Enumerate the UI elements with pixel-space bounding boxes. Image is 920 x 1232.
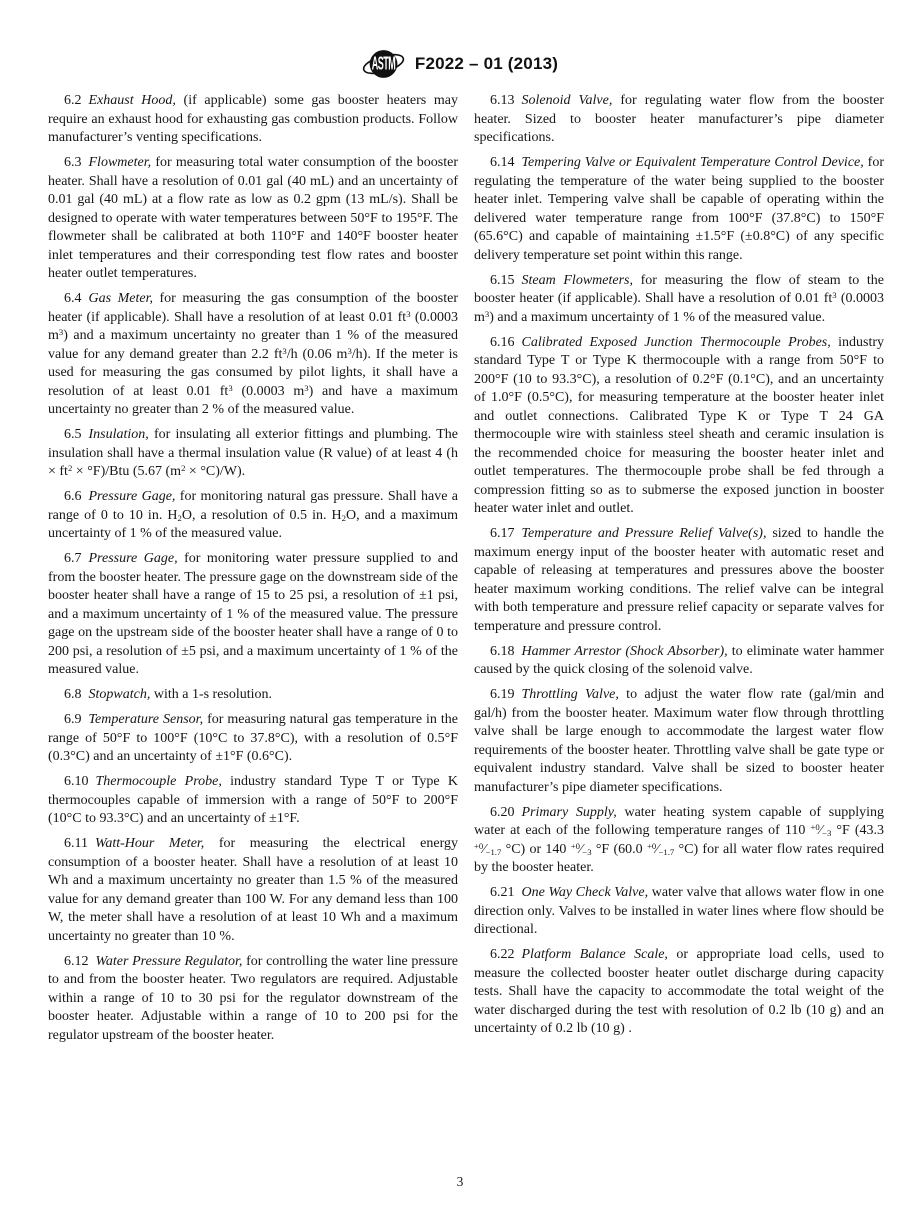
section-paragraph: 6.6 Pressure Gage, for monitoring natura… xyxy=(48,488,458,544)
section-number: 6.10 xyxy=(64,774,96,789)
section-paragraph: 6.12 Water Pressure Regulator, for contr… xyxy=(48,953,458,1046)
section-title: Stopwatch, xyxy=(89,687,151,702)
section-text: with a 1-s resolution. xyxy=(150,687,272,702)
section-number: 6.3 xyxy=(64,155,89,170)
page-header: ASTM F2022 – 01 (2013) xyxy=(0,44,920,84)
left-column: 6.2 Exhaust Hood, (if applicable) some g… xyxy=(48,92,458,1045)
section-number: 6.4 xyxy=(64,291,89,306)
document-body: 6.2 Exhaust Hood, (if applicable) some g… xyxy=(48,92,884,1045)
section-number: 6.7 xyxy=(64,551,89,566)
standard-designation: F2022 – 01 (2013) xyxy=(415,54,558,74)
page-footer: 3 xyxy=(0,1174,920,1190)
section-paragraph: 6.18 Hammer Arrestor (Shock Absorber), t… xyxy=(474,643,884,680)
section-number: 6.13 xyxy=(490,93,522,108)
section-title: Tempering Valve or Equivalent Temperatur… xyxy=(522,155,864,170)
section-paragraph: 6.10 Thermocouple Probe, industry standa… xyxy=(48,773,458,829)
section-paragraph: 6.3 Flowmeter, for measuring total water… xyxy=(48,154,458,284)
section-title: Pressure Gage, xyxy=(89,551,178,566)
section-title: Steam Flowmeters, xyxy=(522,273,633,288)
section-number: 6.8 xyxy=(64,687,89,702)
section-number: 6.21 xyxy=(490,885,522,900)
section-paragraph: 6.4 Gas Meter, for measuring the gas con… xyxy=(48,290,458,420)
section-title: Throttling Valve, xyxy=(522,687,619,702)
section-paragraph: 6.13 Solenoid Valve, for regulating wate… xyxy=(474,92,884,148)
section-paragraph: 6.20 Primary Supply, water heating syste… xyxy=(474,804,884,878)
section-paragraph: 6.19 Throttling Valve, to adjust the wat… xyxy=(474,686,884,797)
section-number: 6.18 xyxy=(490,644,522,659)
section-text: for regulating the temperature of the wa… xyxy=(474,155,884,263)
section-number: 6.6 xyxy=(64,489,89,504)
section-paragraph: 6.11 Watt-Hour Meter, for measuring the … xyxy=(48,835,458,946)
section-text: to adjust the water flow rate (gal/min a… xyxy=(474,687,884,795)
section-title: Solenoid Valve, xyxy=(522,93,613,108)
section-title: Gas Meter, xyxy=(89,291,153,306)
section-title: Water Pressure Regulator, xyxy=(96,954,243,969)
section-paragraph: 6.21 One Way Check Valve, water valve th… xyxy=(474,884,884,940)
section-paragraph: 6.2 Exhaust Hood, (if applicable) some g… xyxy=(48,92,458,148)
section-number: 6.22 xyxy=(490,947,522,962)
section-title: Pressure Gage, xyxy=(89,489,176,504)
section-title: One Way Check Valve, xyxy=(522,885,649,900)
section-text: for measuring the gas consumption of the… xyxy=(48,291,458,417)
section-paragraph: 6.17 Temperature and Pressure Relief Val… xyxy=(474,525,884,636)
section-paragraph: 6.14 Tempering Valve or Equivalent Tempe… xyxy=(474,154,884,265)
svg-text:ASTM: ASTM xyxy=(372,54,396,74)
section-title: Temperature Sensor, xyxy=(89,712,204,727)
document-page: ASTM F2022 – 01 (2013) 6.2 Exhaust Hood,… xyxy=(0,0,920,1232)
section-text: for measuring the electrical energy cons… xyxy=(48,836,458,944)
right-column: 6.13 Solenoid Valve, for regulating wate… xyxy=(474,92,884,1045)
section-number: 6.16 xyxy=(490,335,522,350)
section-number: 6.12 xyxy=(64,954,96,969)
section-number: 6.14 xyxy=(490,155,522,170)
section-paragraph: 6.9 Temperature Sensor, for measuring na… xyxy=(48,711,458,767)
section-title: Exhaust Hood, xyxy=(89,93,176,108)
section-paragraph: 6.7 Pressure Gage, for monitoring water … xyxy=(48,550,458,680)
section-paragraph: 6.22 Platform Balance Scale, or appropri… xyxy=(474,946,884,1039)
section-number: 6.15 xyxy=(490,273,522,288)
section-title: Primary Supply, xyxy=(522,805,617,820)
section-title: Temperature and Pressure Relief Valve(s)… xyxy=(522,526,767,541)
section-number: 6.17 xyxy=(490,526,522,541)
section-number: 6.2 xyxy=(64,93,89,108)
section-number: 6.9 xyxy=(64,712,89,727)
section-number: 6.20 xyxy=(490,805,522,820)
section-paragraph: 6.8 Stopwatch, with a 1-s resolution. xyxy=(48,686,458,705)
section-paragraph: 6.5 Insulation, for insulating all exter… xyxy=(48,426,458,482)
section-text: sized to handle the maximum energy input… xyxy=(474,526,884,634)
section-title: Flowmeter, xyxy=(89,155,152,170)
section-paragraph: 6.16 Calibrated Exposed Junction Thermoc… xyxy=(474,334,884,519)
section-title: Insulation, xyxy=(89,427,149,442)
section-number: 6.11 xyxy=(64,836,95,851)
section-title: Calibrated Exposed Junction Thermocouple… xyxy=(522,335,831,350)
section-title: Platform Balance Scale, xyxy=(522,947,668,962)
astm-logo-icon: ASTM xyxy=(362,44,406,84)
section-text: for monitoring water pressure supplied t… xyxy=(48,551,458,677)
section-title: Hammer Arrestor (Shock Absorber), xyxy=(522,644,728,659)
section-number: 6.5 xyxy=(64,427,89,442)
section-number: 6.19 xyxy=(490,687,522,702)
section-paragraph: 6.15 Steam Flowmeters, for measuring the… xyxy=(474,272,884,328)
section-text: for measuring total water consumption of… xyxy=(48,155,458,281)
section-text: industry standard Type T or Type K therm… xyxy=(474,335,884,517)
page-number: 3 xyxy=(457,1174,464,1189)
section-title: Watt-Hour Meter, xyxy=(95,836,204,851)
section-title: Thermocouple Probe, xyxy=(96,774,222,789)
